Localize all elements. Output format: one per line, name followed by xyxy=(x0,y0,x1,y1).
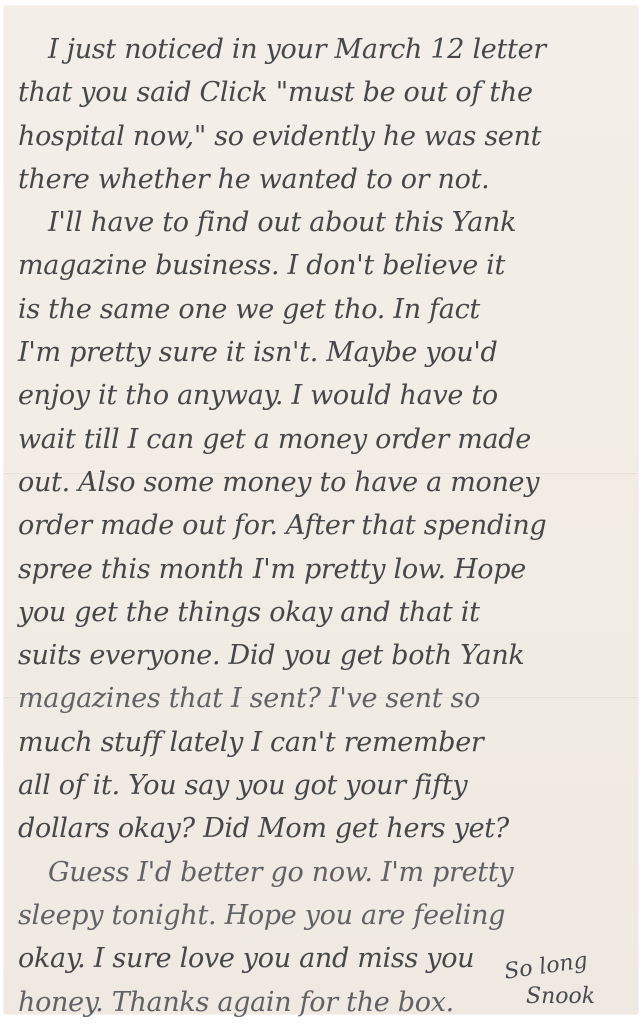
letter-line: order made out for. After that spending xyxy=(18,504,634,547)
letter-line: I just noticed in your March 12 letter xyxy=(18,28,634,71)
letter-line: wait till I can get a money order made xyxy=(18,418,634,461)
letter-line: magazine business. I don't believe it xyxy=(18,244,634,287)
letter-signature: Snook xyxy=(526,984,595,1009)
letter-line: I'm pretty sure it isn't. Maybe you'd xyxy=(18,331,634,374)
letter-line: enjoy it tho anyway. I would have to xyxy=(18,374,634,417)
letter-line: sleepy tonight. Hope you are feeling xyxy=(18,894,634,937)
letter-line: that you said Click "must be out of the xyxy=(18,71,634,114)
letter-line: spree this month I'm pretty low. Hope xyxy=(18,548,634,591)
letter-line: out. Also some money to have a money xyxy=(18,461,634,504)
letter-line: dollars okay? Did Mom get hers yet? xyxy=(18,807,634,850)
letter-body: I just noticed in your March 12 letter t… xyxy=(18,28,634,1024)
letter-line: I'll have to find out about this Yank xyxy=(18,201,634,244)
letter-line: Guess I'd better go now. I'm pretty xyxy=(18,851,634,894)
letter-line: much stuff lately I can't remember xyxy=(18,721,634,764)
letter-line: magazines that I sent? I've sent so xyxy=(18,677,634,720)
letter-line: suits everyone. Did you get both Yank xyxy=(18,634,634,677)
letter-line: is the same one we get tho. In fact xyxy=(18,288,634,331)
letter-paper: I just noticed in your March 12 letter t… xyxy=(4,6,638,1014)
letter-line: all of it. You say you got your fifty xyxy=(18,764,634,807)
letter-line: you get the things okay and that it xyxy=(18,591,634,634)
letter-line: hospital now," so evidently he was sent xyxy=(18,115,634,158)
letter-line: there whether he wanted to or not. xyxy=(18,158,634,201)
